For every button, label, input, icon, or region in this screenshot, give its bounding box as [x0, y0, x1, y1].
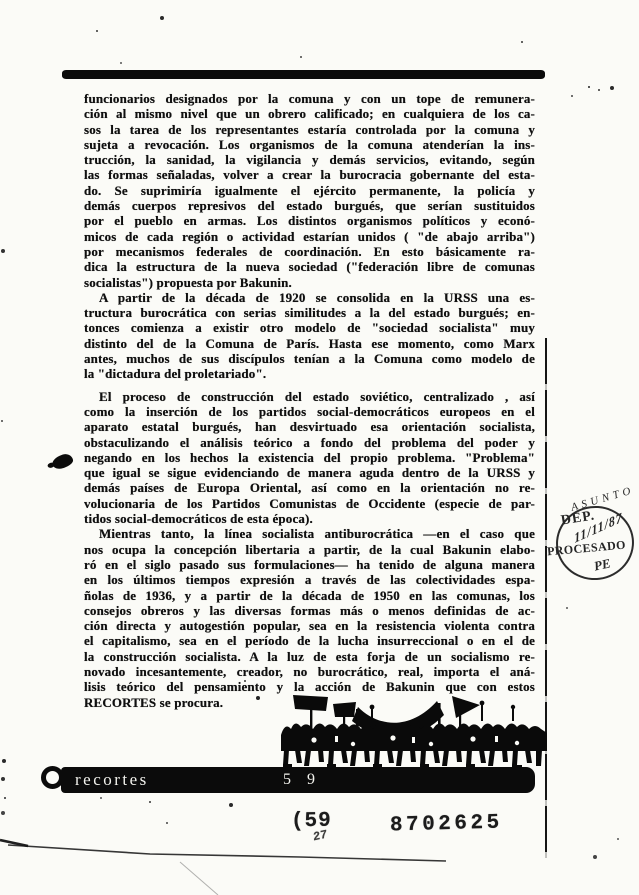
ink-blob-mark: [51, 452, 75, 471]
text-line: en los últimos tiempos expresión a travé…: [84, 572, 535, 587]
text-line: aparato estatal burgués, han desvirtuado…: [84, 419, 535, 434]
text-line: novado incesantemente, creador, no buroc…: [84, 664, 535, 679]
paragraph: El proceso de construcción del estado so…: [84, 389, 535, 527]
paragraph: funcionarios designados por la comuna y …: [84, 91, 535, 290]
stamp-pe-initials: PE: [593, 555, 613, 574]
top-rule-bar: [62, 70, 545, 79]
text-line: sujeta a revocación. Los organismos de l…: [84, 137, 535, 152]
masthead-title: recortes: [75, 770, 149, 790]
protest-march-illustration: [281, 692, 547, 771]
text-line: ró en el siglo pasado sus formulaciones—…: [84, 557, 535, 572]
scan-noise-specks: [0, 0, 2, 2]
text-line: do. Se suprimiría igualmente el ejército…: [84, 183, 535, 198]
text-line: tonces comienza a existir otro modelo de…: [84, 320, 535, 335]
text-line: tructura burocrática con serias similitu…: [84, 305, 535, 320]
stamped-registry-number: 8702625: [390, 812, 503, 838]
text-line: funcionarios designados por la comuna y …: [84, 91, 535, 106]
text-line: volucionaria de los Partidos Comunistas …: [84, 496, 535, 511]
office-stamp: ASUNTO DEP. 11/11/87 PROCESADO PE: [546, 494, 639, 594]
text-line: Mientras tanto, la línea socialista anti…: [84, 526, 535, 541]
text-line: ción al mismo nivel que un obrero califi…: [84, 106, 535, 121]
text-line: demás países de Europa Oriental, así com…: [84, 480, 535, 495]
text-line: por mecanismos federales de coordinación…: [84, 244, 535, 259]
text-line: consejos obreros y las diversas formas m…: [84, 603, 535, 618]
text-line: el capitalismo, sea en el período de la …: [84, 633, 535, 648]
text-line: ñolas de 1936, y a partir de la década d…: [84, 588, 535, 603]
text-line: las formas señaladas, volver a crear la …: [84, 167, 535, 182]
text-line: obstaculizando el análisis teórico a fon…: [84, 435, 535, 450]
text-line: trucción, la sanidad, la vigilancia y de…: [84, 152, 535, 167]
text-line: como la inserción de los partidos social…: [84, 404, 535, 419]
text-line: por el pueblo en armas. Los distintos or…: [84, 213, 535, 228]
text-line: El proceso de construcción del estado so…: [84, 389, 535, 404]
text-line: negando en los hechos la existencia del …: [84, 450, 535, 465]
text-line: ción directa y autogestión popular, sea …: [84, 618, 535, 633]
text-line: antes, muchos de sus discípulos tenían a…: [84, 351, 535, 366]
paragraph: Mientras tanto, la línea socialista anti…: [84, 526, 535, 710]
photocopy-edge-line: [545, 338, 547, 858]
text-line: demás cuerpos represivos del estado burg…: [84, 198, 535, 213]
text-line: dica la estructura de la nueva sociedad …: [84, 259, 535, 274]
body-text: funcionarios designados por la comuna y …: [84, 91, 535, 710]
text-line: que igual se sigue evidenciando de maner…: [84, 465, 535, 480]
text-line: socialistas") propuesta por Bakunin.: [84, 275, 535, 290]
text-line: tidos social-democráticos de esta época)…: [84, 511, 535, 526]
text-line: micos de cada región o actividad estaría…: [84, 229, 535, 244]
crowd-march-icon: [281, 692, 547, 771]
paragraph: A partir de la década de 1920 se consoli…: [84, 290, 535, 382]
text-line: la "dictadura del proletariado".: [84, 366, 535, 381]
text-line: sos la tarea de los representantes estar…: [84, 122, 535, 137]
text-line: la construcción socialista. A la luz de …: [84, 649, 535, 664]
scanned-document-page: funcionarios designados por la comuna y …: [0, 0, 639, 895]
issue-number: 5 9: [283, 771, 321, 789]
text-line: A partir de la década de 1920 se consoli…: [84, 290, 535, 305]
text-line: distinto del de la Comuna de París. Hast…: [84, 336, 535, 351]
text-line: nos ocupa la concepción libertaria a par…: [84, 542, 535, 557]
scan-scratch-lines: [0, 836, 470, 895]
